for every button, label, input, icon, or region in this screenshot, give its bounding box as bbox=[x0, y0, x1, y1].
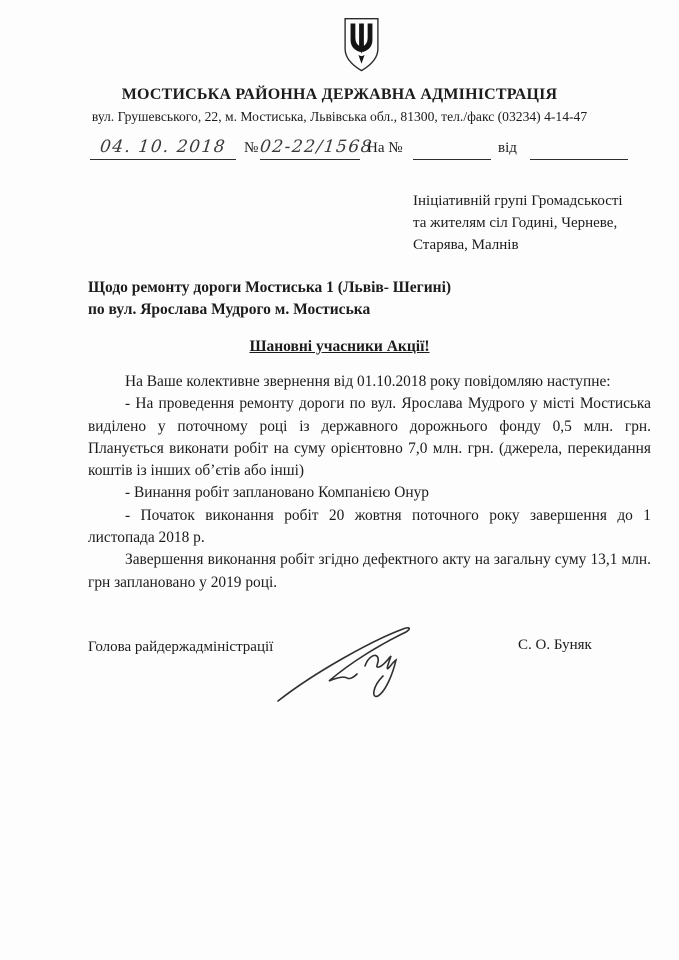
scanned-letter-page: МОСТИСЬКА РАЙОННА ДЕРЖАВНА АДМІНІСТРАЦІЯ… bbox=[0, 0, 679, 960]
addressee-line: та жителям сіл Годині, Черневе, bbox=[413, 212, 623, 234]
ref-from-label: від bbox=[498, 140, 517, 157]
addressee-block: Ініціативній групі Громадськості та жите… bbox=[413, 190, 623, 256]
ref-date-field: 04. 10. 2018 bbox=[90, 137, 236, 160]
ref-date-handwritten: 04. 10. 2018 bbox=[99, 137, 227, 157]
signature-autograph-icon bbox=[273, 618, 445, 713]
org-address: вул. Грушевського, 22, м. Мостиська, Льв… bbox=[0, 109, 679, 125]
org-name: МОСТИСЬКА РАЙОННА ДЕРЖАВНА АДМІНІСТРАЦІЯ bbox=[0, 86, 679, 104]
addressee-line: Старява, Малнів bbox=[413, 234, 623, 256]
ref-incoming-label: На № bbox=[367, 140, 403, 157]
ukraine-coat-of-arms-icon bbox=[341, 17, 382, 80]
ref-number-field: 02-22/1568 bbox=[260, 137, 360, 160]
body-paragraph: - Винання робіт заплановано Компанією Он… bbox=[88, 482, 651, 504]
signatory-name: С. О. Буняк bbox=[518, 637, 592, 654]
ref-from-blank bbox=[530, 137, 628, 160]
signatory-title: Голова райдержадміністрації bbox=[88, 639, 273, 656]
subject-block: Щодо ремонту дороги Мостиська 1 (Львів- … bbox=[88, 277, 451, 320]
letter-body: На Ваше колективне звернення від 01.10.2… bbox=[88, 371, 651, 594]
ref-number-handwritten: 02-22/1568 bbox=[259, 137, 374, 157]
body-paragraph: На Ваше колективне звернення від 01.10.2… bbox=[88, 371, 651, 393]
body-paragraph: - Початок виконання робіт 20 жовтня пото… bbox=[88, 505, 651, 550]
subject-line: по вул. Ярослава Мудрого м. Мостиська bbox=[88, 299, 451, 321]
addressee-line: Ініціативній групі Громадськості bbox=[413, 190, 623, 212]
ref-incoming-blank bbox=[413, 137, 491, 160]
subject-line: Щодо ремонту дороги Мостиська 1 (Львів- … bbox=[88, 277, 451, 299]
body-paragraph: Завершення виконання робіт згідно дефект… bbox=[88, 549, 651, 594]
ref-number-label: № bbox=[244, 140, 258, 157]
salutation: Шановні учасники Акції! bbox=[0, 338, 679, 356]
body-paragraph: - На проведення ремонту дороги по вул. Я… bbox=[88, 393, 651, 482]
